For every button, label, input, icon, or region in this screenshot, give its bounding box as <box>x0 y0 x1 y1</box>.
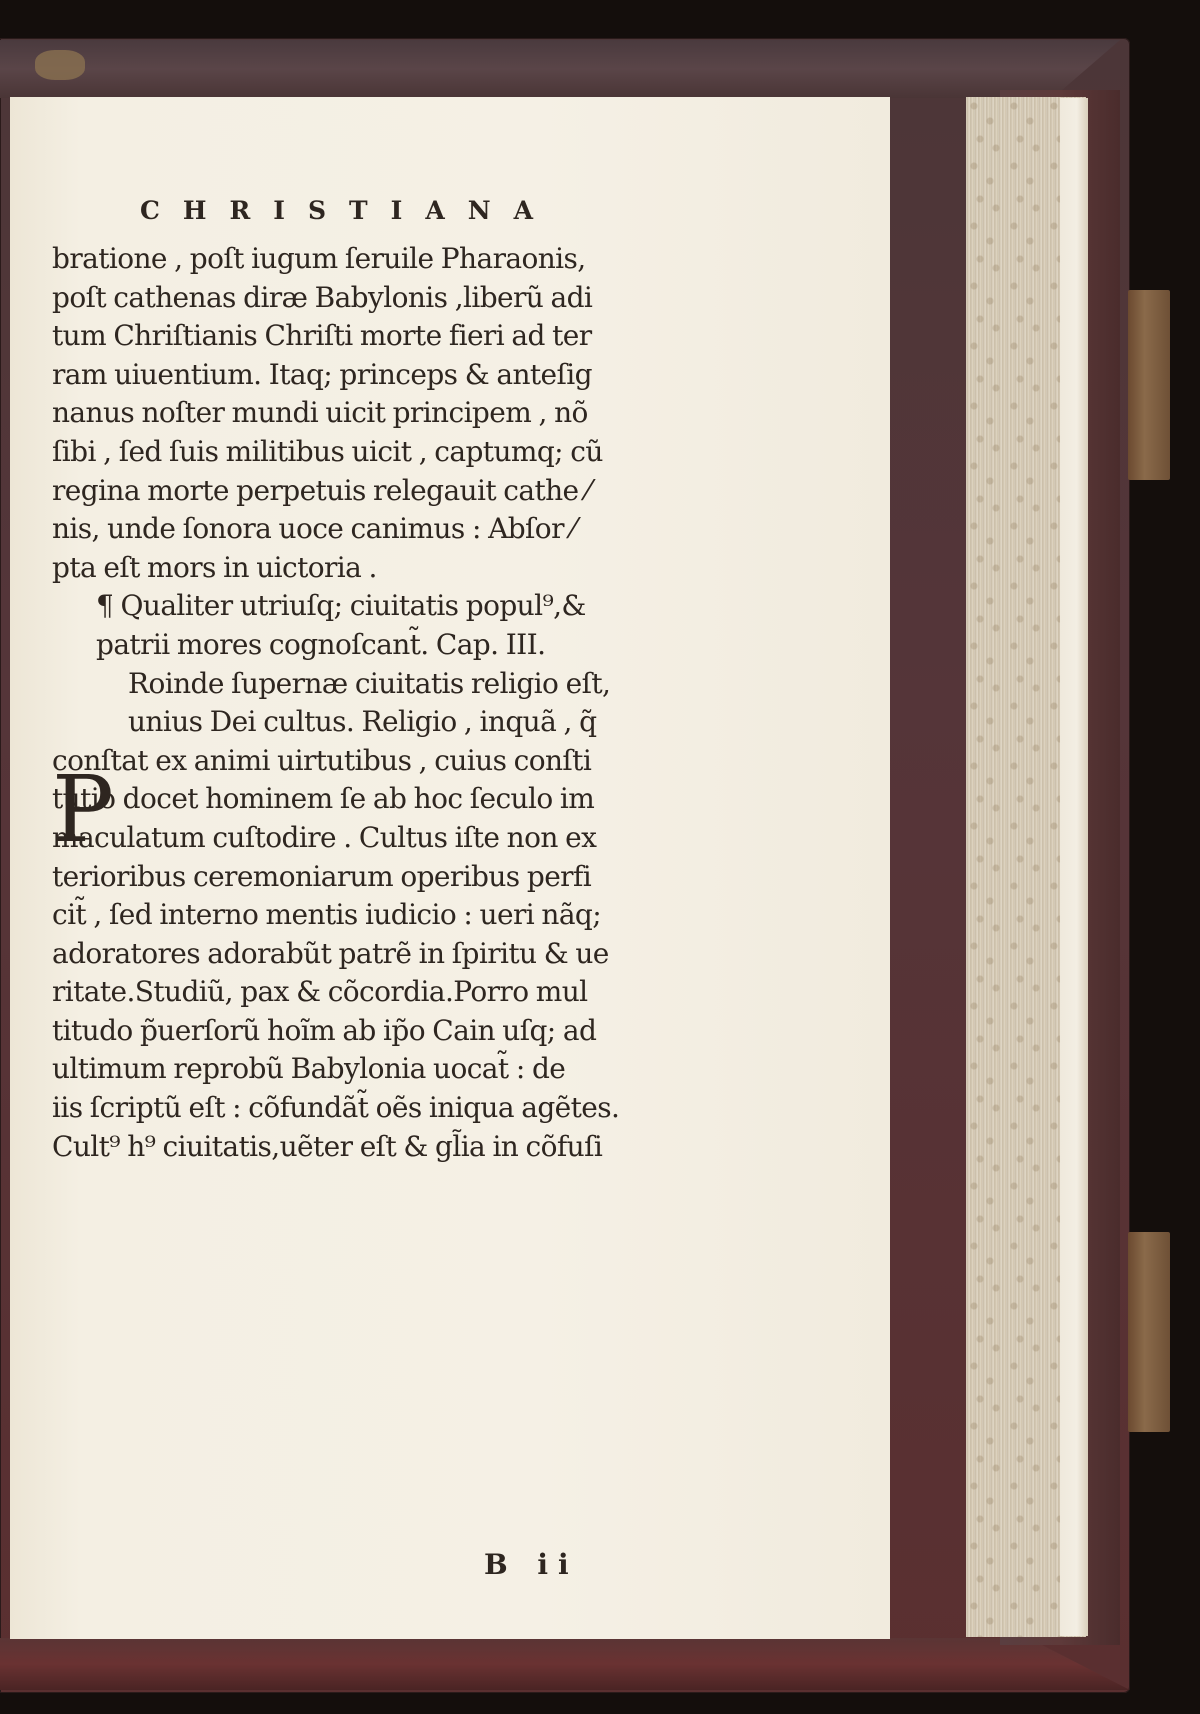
text-line: Roinde ſupernæ ciuitatis religio eſt, <box>52 665 712 704</box>
text-line: pta eſt mors in uictoria . <box>52 549 712 588</box>
text-line: regina morte perpetuis relegauit cathe ⁄ <box>52 472 712 511</box>
signature-mark: B ii <box>484 1548 579 1581</box>
text-line: ritate.Studiũ, pax & cõcordia.Porro mul <box>52 973 712 1012</box>
text-line: conſtat ex animi uirtutibus , cuius conſ… <box>52 742 712 781</box>
text-line: unius Dei cultus. Religio , inquã , q̃ <box>52 703 712 742</box>
chapter-heading-line-1: ¶ Qualiter utriuſq; ciuitatis popul⁹,& <box>52 587 712 626</box>
chapter-heading-line-2: patrii mores cognoſcant̃. Cap. III. <box>52 626 712 665</box>
book-photograph: CHRISTIANA bratione , poſt iugum ſeruile… <box>0 0 1200 1714</box>
text-line: nanus noſter mundi uicit principem , nõ <box>52 394 712 433</box>
text-line: tum Chriſtianis Chriſti morte fieri ad t… <box>52 317 712 356</box>
text-line: bratione , poſt iugum ſeruile Pharaonis, <box>52 240 712 279</box>
text-line: ſibi , ſed ſuis militibus uicit , captum… <box>52 433 712 472</box>
clasp-tab-upper <box>1128 290 1170 480</box>
text-line: nis, unde ſonora uoce canimus : Abſor ⁄ <box>52 510 712 549</box>
text-line: tutio docet hominem ſe ab hoc ſeculo im <box>52 780 712 819</box>
pilcrow-icon: ¶ <box>96 589 113 622</box>
binding-top-edge <box>0 40 1120 98</box>
text-line: ultimum reprobũ Babylonia uocat̃ : de <box>52 1050 712 1089</box>
text-line: terioribus ceremoniarum operibus perfi <box>52 858 712 897</box>
text-line: cit̃ , ſed interno mentis iudicio : ueri… <box>52 896 712 935</box>
text-line: titudo p̃uerſorũ hoĩm ab ip̃o Cain uſq; … <box>52 1012 712 1051</box>
binding-wear-mark <box>35 50 85 80</box>
text-line: ram uiuentium. Itaq; princeps & anteſig <box>52 356 712 395</box>
page-edge-highlight <box>1060 98 1088 1636</box>
text-line: adoratores adorabũt patrẽ in ſpiritu & u… <box>52 935 712 974</box>
running-head: CHRISTIANA <box>140 196 556 225</box>
text-line: maculatum cuſtodire . Cultus iſte non ex <box>52 819 712 858</box>
text-line: iis ſcriptũ eſt : cõfundãt̃ oẽs iniqua a… <box>52 1089 712 1128</box>
page-text: bratione , poſt iugum ſeruile Pharaonis,… <box>52 240 712 1166</box>
drop-cap: P <box>52 770 114 850</box>
clasp-tab-lower <box>1128 1232 1170 1432</box>
text-line: Cult⁹ h⁹ ciuitatis,uẽter eſt & gl̃ia in … <box>52 1128 712 1167</box>
text-line: poſt cathenas diræ Babylonis ,liberũ adi <box>52 279 712 318</box>
binding-bottom-edge <box>0 1638 1130 1690</box>
